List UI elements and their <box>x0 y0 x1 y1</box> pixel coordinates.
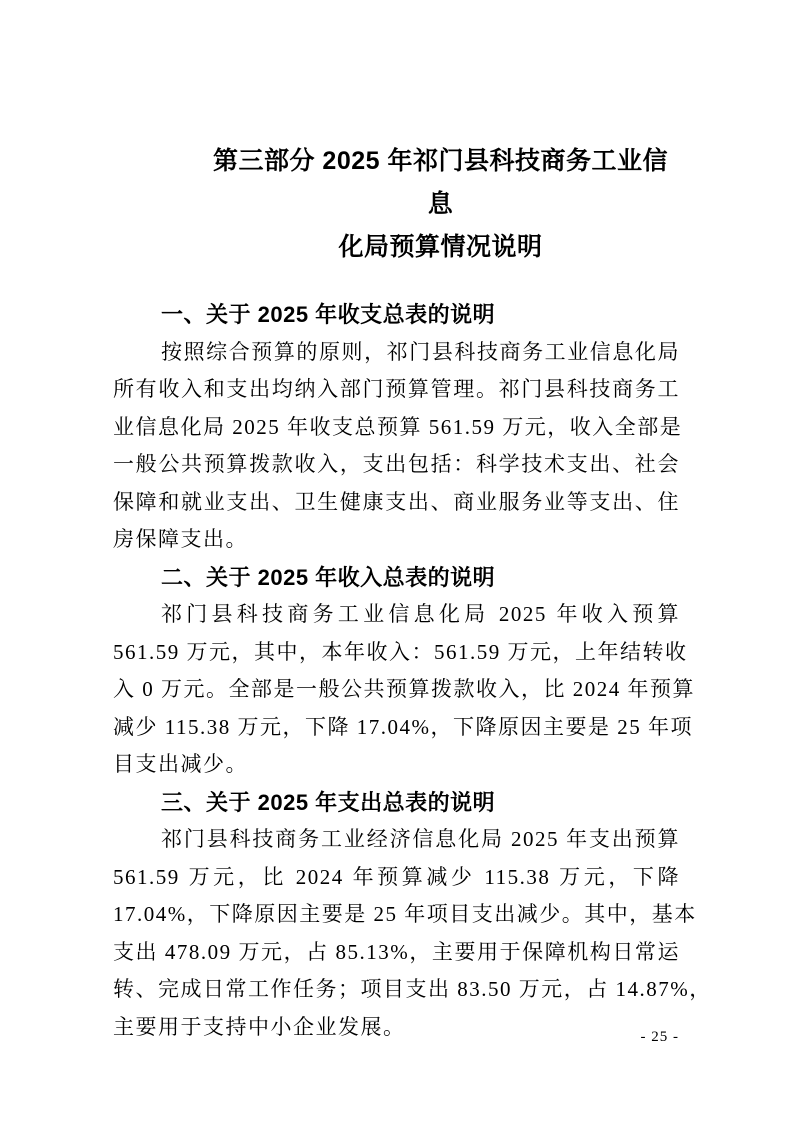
page-number: - 25 - <box>641 1026 680 1048</box>
document-title-line-1: 第三部分 2025 年祁门县科技商务工业信息 <box>201 140 680 226</box>
section: 三、关于 2025 年支出总表的说明 祁门县科技商务工业经济信息化局 2025 … <box>113 784 680 1047</box>
sections-container: 一、关于 2025 年收支总表的说明 按照综合预算的原则，祁门县科技商务工业信息… <box>113 296 680 1046</box>
paragraph-line: 主要用于支持中小企业发展。 <box>113 1009 680 1047</box>
paragraph-line: 一般公共预算拨款收入，支出包括：科学技术支出、社会 <box>113 446 680 484</box>
document-title-line-2: 化局预算情况说明 <box>201 226 680 269</box>
paragraph-line: 所有收入和支出均纳入部门预算管理。祁门县科技商务工 <box>113 371 680 409</box>
paragraph-line: 561.59 万元，其中，本年收入：561.59 万元，上年结转收 <box>113 634 680 672</box>
document-page: 第三部分 2025 年祁门县科技商务工业信息 化局预算情况说明 一、关于 202… <box>0 0 793 1122</box>
paragraph-line: 业信息化局 2025 年收支总预算 561.59 万元，收入全部是 <box>113 409 680 447</box>
section: 一、关于 2025 年收支总表的说明 按照综合预算的原则，祁门县科技商务工业信息… <box>113 296 680 559</box>
document-title: 第三部分 2025 年祁门县科技商务工业信息 化局预算情况说明 <box>113 140 680 269</box>
section: 二、关于 2025 年收入总表的说明 祁门县科技商务工业信息化局 2025 年收… <box>113 559 680 784</box>
paragraph-line: 按照综合预算的原则，祁门县科技商务工业信息化局 <box>113 334 680 372</box>
paragraph-line: 支出 478.09 万元，占 85.13%，主要用于保障机构日常运 <box>113 934 680 972</box>
paragraph-line: 房保障支出。 <box>113 521 680 559</box>
section-heading: 三、关于 2025 年支出总表的说明 <box>113 784 680 822</box>
paragraph-line: 561.59 万元，比 2024 年预算减少 115.38 万元，下降 <box>113 859 680 897</box>
paragraph-line: 目支出减少。 <box>113 746 680 784</box>
paragraph-line: 保障和就业支出、卫生健康支出、商业服务业等支出、住 <box>113 484 680 522</box>
paragraph-line: 17.04%，下降原因主要是 25 年项目支出减少。其中，基本 <box>113 896 680 934</box>
section-paragraph: 祁门县科技商务工业信息化局 2025 年收入预算561.59 万元，其中，本年收… <box>113 596 680 784</box>
section-heading: 一、关于 2025 年收支总表的说明 <box>113 296 680 334</box>
paragraph-line: 转、完成日常工作任务；项目支出 83.50 万元，占 14.87%， <box>113 971 680 1009</box>
section-paragraph: 按照综合预算的原则，祁门县科技商务工业信息化局所有收入和支出均纳入部门预算管理。… <box>113 334 680 559</box>
content-column: 第三部分 2025 年祁门县科技商务工业信息 化局预算情况说明 一、关于 202… <box>113 140 680 1046</box>
section-paragraph: 祁门县科技商务工业经济信息化局 2025 年支出预算561.59 万元，比 20… <box>113 821 680 1046</box>
paragraph-line: 祁门县科技商务工业信息化局 2025 年收入预算 <box>113 596 680 634</box>
paragraph-line: 祁门县科技商务工业经济信息化局 2025 年支出预算 <box>113 821 680 859</box>
section-heading: 二、关于 2025 年收入总表的说明 <box>113 559 680 597</box>
paragraph-line: 入 0 万元。全部是一般公共预算拨款收入，比 2024 年预算 <box>113 671 680 709</box>
paragraph-line: 减少 115.38 万元，下降 17.04%，下降原因主要是 25 年项 <box>113 709 680 747</box>
